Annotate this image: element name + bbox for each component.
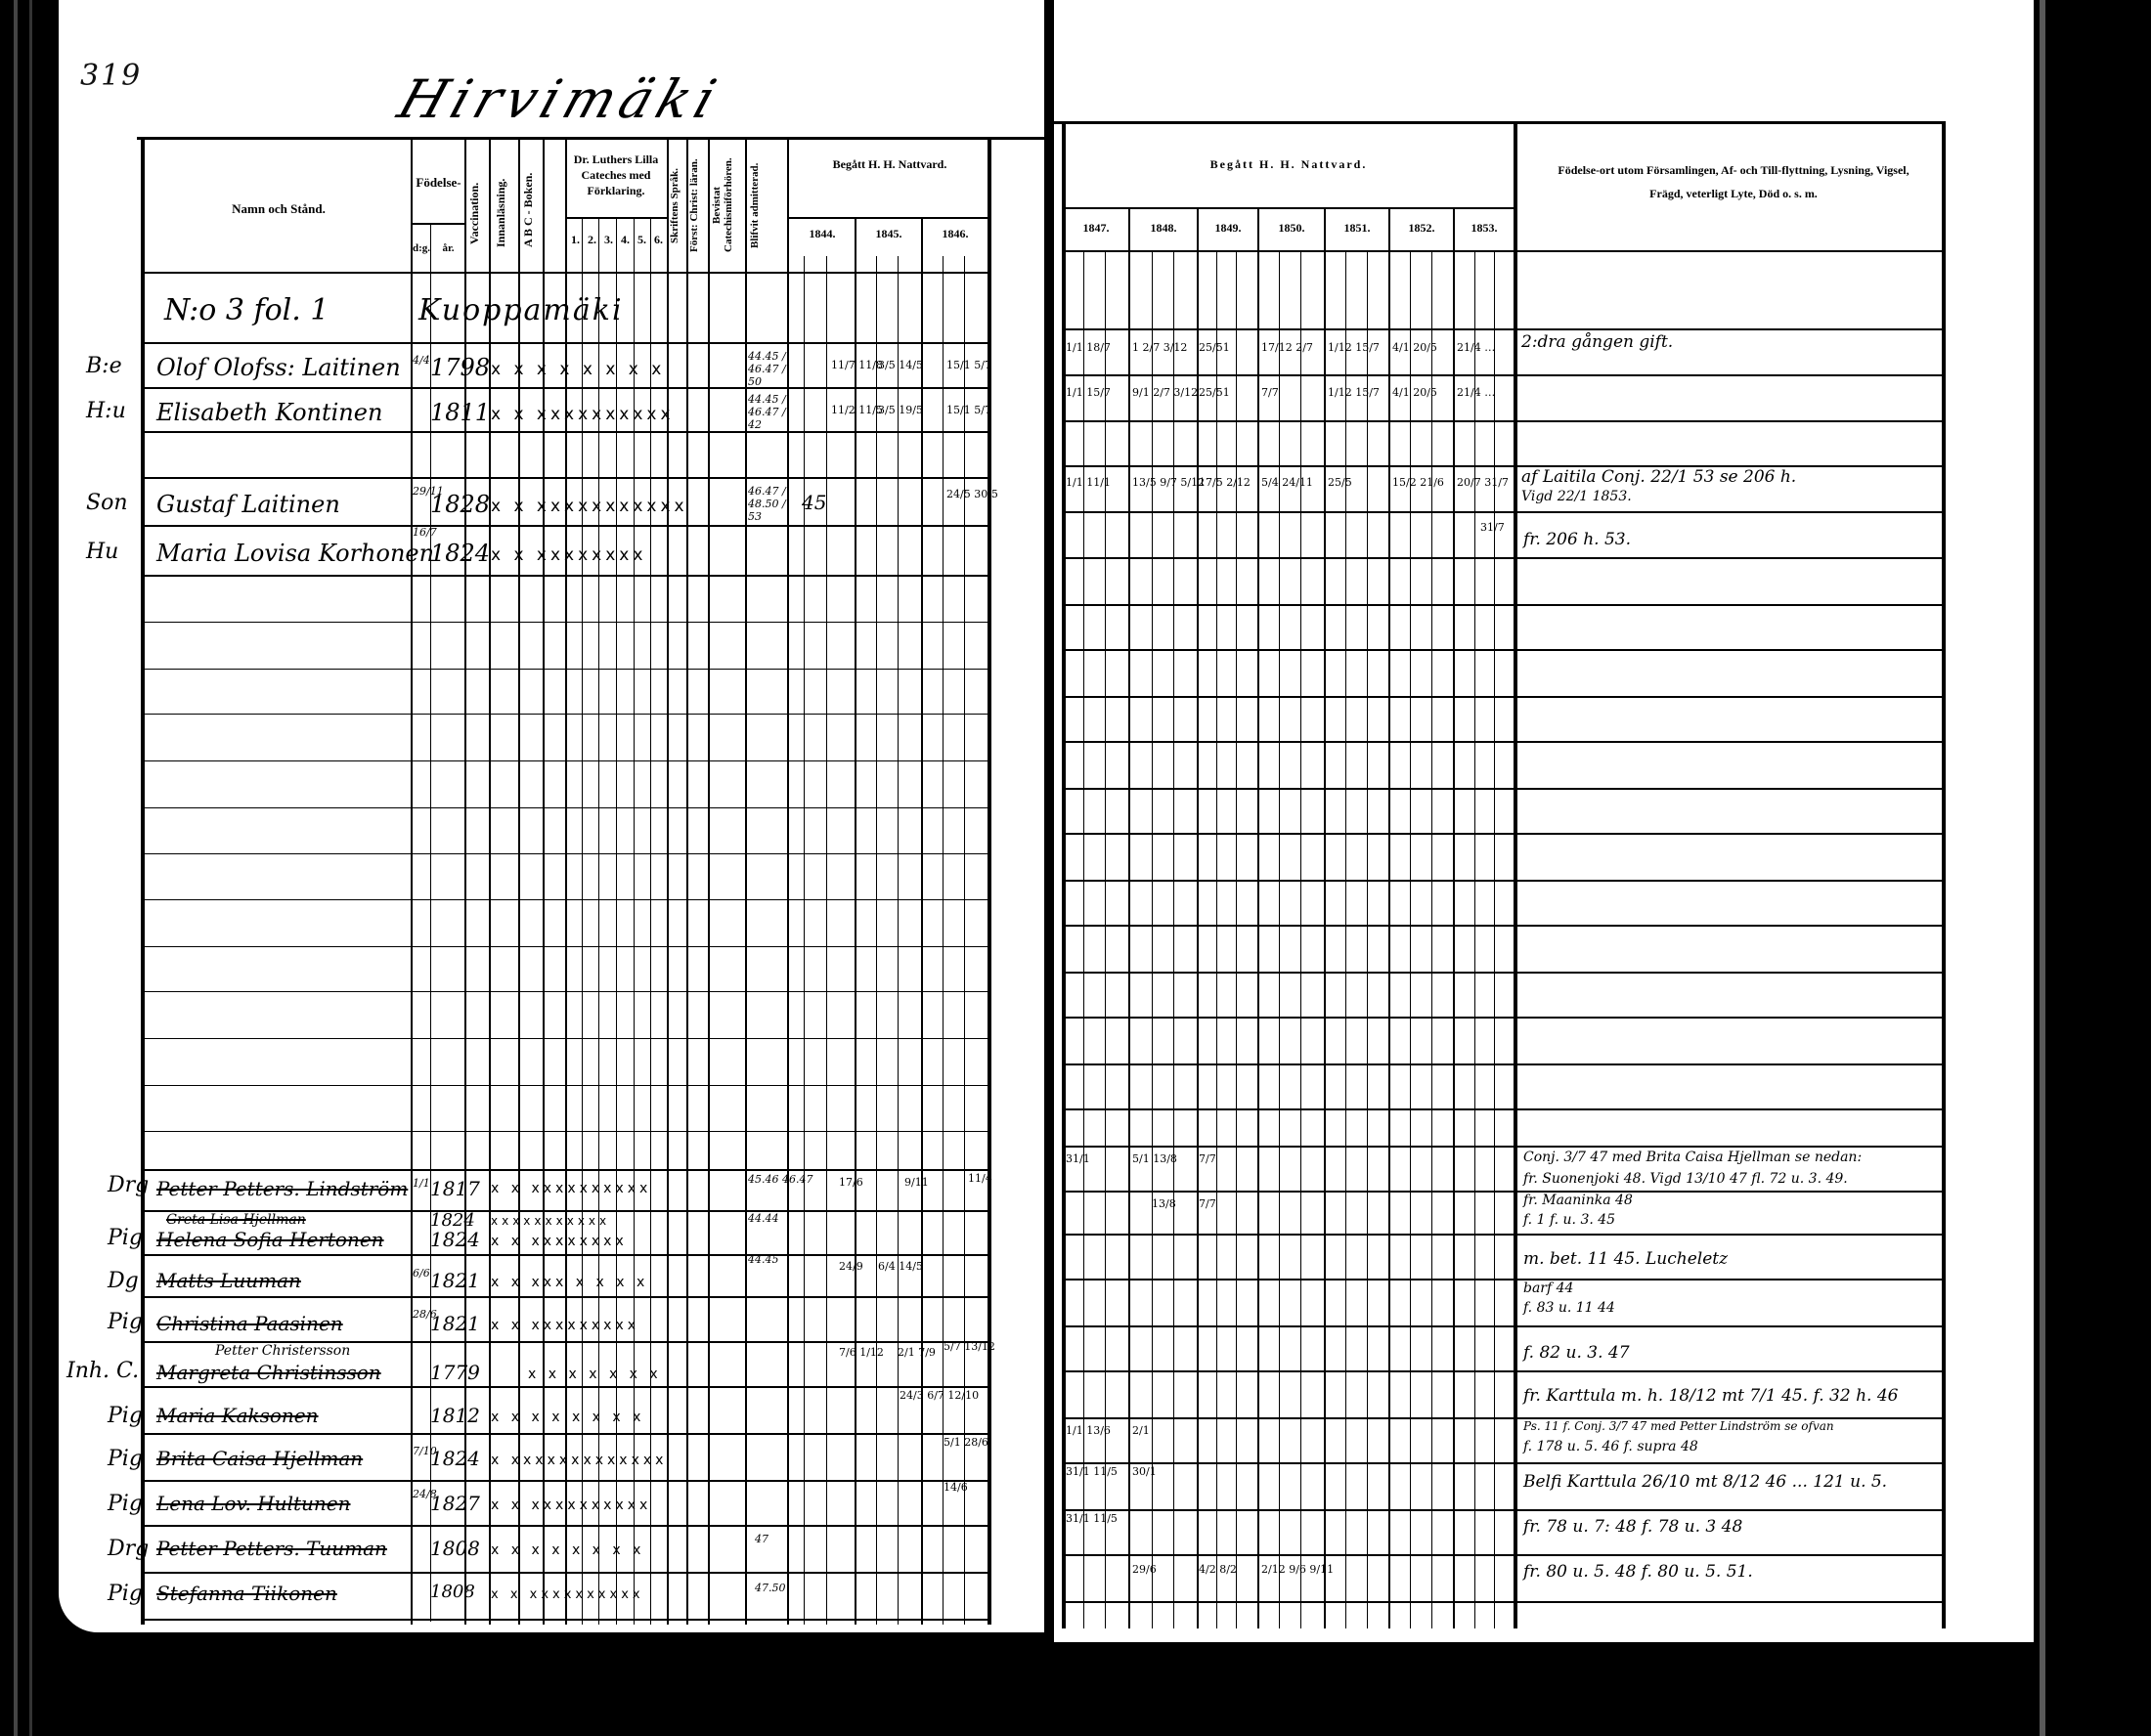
entry-communion-1847: 31/1 11/5 (1066, 1513, 1118, 1524)
entry-communion-1850: 17/12 2/7 (1261, 342, 1313, 353)
header-communion-right: Begått H. H. Nattvard. (1064, 156, 1514, 172)
entry-birth-year: 1828 (430, 491, 490, 518)
entry-remark: f. 83 u. 11 44 (1523, 1300, 1615, 1316)
entry-communion-1848: 29/6 (1132, 1564, 1157, 1575)
row-line (1062, 420, 1942, 422)
entry-communion-1845: 2/1 7/9 (898, 1347, 936, 1358)
header-divider (565, 217, 667, 219)
column-divider (1152, 250, 1153, 1628)
entry-birth-year: 1821 (430, 1269, 480, 1292)
entry-name: Greta Lisa Hjellman (166, 1212, 306, 1228)
entry-communion-1849: 25/51 (1199, 342, 1230, 353)
row-line (141, 1433, 988, 1435)
column-divider (1216, 250, 1217, 1628)
row-line (141, 1386, 988, 1388)
column-divider (1345, 250, 1346, 1628)
header-luther-part-1: 1. (567, 233, 584, 247)
row-line (1062, 1509, 1942, 1511)
table-top-border (1054, 121, 1946, 124)
entry-communion-1847: 1/1 18/7 (1066, 342, 1111, 353)
household-label: N:o 3 fol. 1 (164, 293, 329, 327)
entry-remark: fr. 78 u. 7: 48 f. 78 u. 3 48 (1523, 1517, 1742, 1537)
row-line (141, 1296, 988, 1298)
entry-communion-1846: 11/4 (968, 1173, 992, 1184)
row-line (1062, 833, 1942, 835)
entry-role: Pig (108, 1492, 143, 1516)
row-line (1062, 511, 1942, 513)
entry-name: Brita Caisa Hjellman (156, 1447, 363, 1470)
entry-birth-year: 1812 (430, 1404, 480, 1427)
row-line (1062, 1017, 1942, 1019)
header-year-1853: 1853. (1455, 221, 1514, 236)
row-line (1062, 328, 1942, 330)
row-line (1062, 1108, 1942, 1110)
header-forst-christ: Först: Christ: läran. (688, 147, 706, 264)
row-line (141, 946, 988, 947)
entry-birth-year: 1824 (430, 1228, 480, 1251)
header-bottom-border (1062, 250, 1942, 252)
entry-role: B:e (86, 354, 122, 378)
entry-reading-marks: x x xxx x x x x (491, 1275, 648, 1290)
book-edge-line (14, 0, 18, 1736)
entry-name: Stefanna Tiikonen (156, 1582, 337, 1605)
row-line (141, 1085, 988, 1086)
row-line (1062, 788, 1942, 790)
row-line (1062, 1325, 1942, 1327)
entry-catechism-attendance: 46.47 / 48.50 / 53 (748, 485, 787, 523)
household-farm: Kuoppamäki (418, 293, 624, 327)
entry-remark: fr. 206 h. 53. (1523, 530, 1631, 549)
entry-communion-1847: 31/1 (1066, 1153, 1090, 1164)
header-divider (411, 223, 464, 225)
column-divider (921, 217, 923, 1625)
page-number: 319 (80, 59, 142, 93)
entry-communion-1848: 30/1 (1132, 1466, 1157, 1477)
row-line (1062, 1370, 1942, 1372)
column-divider (686, 139, 688, 1625)
entry-reading-marks: x x xxxxxxxxxx (491, 405, 675, 424)
header-bevistat: Bevistat Catechismiförhören. (711, 142, 744, 269)
entry-catechism-attendance: 44.45 / 46.47 / 50 (748, 350, 787, 388)
entry-birth-year: 1827 (430, 1492, 480, 1515)
entry-communion-1851: 1/12 15/7 (1328, 342, 1380, 353)
entry-role: Pig (108, 1310, 143, 1334)
village-title: Hirvimäki (391, 68, 729, 130)
row-line (1062, 880, 1942, 882)
row-line (141, 1038, 988, 1039)
header-year-1845: 1845. (856, 227, 921, 241)
header-communion-left: Begått H. H. Nattvard. (812, 156, 968, 172)
entry-name: Petter Petters. Lindström (156, 1177, 408, 1200)
row-line (1062, 1191, 1942, 1193)
row-line (1062, 1063, 1942, 1065)
header-luther-part-6: 6. (650, 233, 667, 247)
header-skriftens-sprak: Skriftens Språk. (669, 147, 686, 264)
entry-reading-marks: x x x x x x x x (491, 1410, 644, 1425)
row-line (141, 342, 988, 344)
column-divider (826, 256, 827, 1625)
row-line (141, 807, 988, 808)
entry-communion-1848: 2/1 (1132, 1425, 1150, 1436)
header-name-column: Namn och Stånd. (147, 200, 411, 218)
column-divider (787, 139, 789, 1625)
entry-reading-marks: x x x x x x x x (491, 360, 665, 379)
entry-role: Son (86, 491, 128, 515)
entry-communion-1853: 21/4 … (1457, 342, 1495, 353)
entry-communion-1844: 24/9 (839, 1261, 863, 1272)
entry-communion-1845: 3/5 19/5 (878, 405, 923, 415)
entry-communion-1851: 25/5 (1328, 477, 1352, 488)
entry-name: Elisabeth Kontinen (156, 399, 382, 426)
entry-role: Drg (108, 1537, 149, 1561)
entry-catechism-attendance: 44.45 (748, 1253, 779, 1266)
entry-birth-year: 1817 (430, 1177, 480, 1200)
row-line (141, 1169, 988, 1171)
entry-communion-1845: 3/5 14/5 (878, 360, 923, 370)
header-year-1849: 1849. (1199, 221, 1257, 236)
entry-birth-year: 1808 (430, 1582, 475, 1602)
entry-communion-1846: 14/6 (944, 1482, 968, 1493)
entry-communion-1852: 4/1 20/5 (1392, 387, 1437, 398)
row-line (141, 431, 988, 433)
entry-remark: fr. Suonenjoki 48. Vigd 13/10 47 fl. 72 … (1523, 1171, 1848, 1187)
entry-remark: m. bet. 11 45. Lucheletz (1523, 1249, 1728, 1269)
row-line (141, 714, 988, 715)
row-line (1062, 1554, 1942, 1556)
entry-reading-marks: x x xxxxxxxxxx (491, 1587, 644, 1602)
row-line (1062, 741, 1942, 743)
row-line (141, 1131, 988, 1132)
scanned-register-image: 319 Hirvimäki (0, 0, 2151, 1736)
entry-communion-1846: 15/1 5/7 (946, 405, 991, 415)
entry-communion-1845: 24/3 6/7 12/10 (900, 1390, 979, 1401)
entry-name-annotation: Petter Christersson (215, 1343, 350, 1359)
column-divider (804, 256, 805, 1625)
row-line (141, 853, 988, 854)
entry-role: Pig (108, 1447, 143, 1471)
row-line (1062, 1279, 1942, 1280)
column-divider (667, 139, 669, 1625)
entry-remark: Conj. 3/7 47 med Brita Caisa Hjellman se… (1523, 1150, 1862, 1165)
book-edge-line (29, 0, 32, 1736)
header-birth: Födelse- (413, 174, 464, 192)
header-bottom-border (141, 272, 988, 274)
entry-birth-year: 1824 (430, 1447, 480, 1470)
header-year-1846: 1846. (923, 227, 988, 241)
entry-communion-1847: 1/1 15/7 (1066, 387, 1111, 398)
entry-communion-1851: 1/12 15/7 (1328, 387, 1380, 398)
entry-birth-year: 1779 (430, 1361, 480, 1384)
header-year-1852: 1852. (1390, 221, 1453, 236)
row-line (141, 1572, 988, 1574)
entry-communion-1850: 5/4 24/11 (1261, 477, 1313, 488)
row-line (1062, 1234, 1942, 1236)
entry-communion-1848: 13/8 (1152, 1198, 1176, 1209)
header-innanlasning: Innanläsning. (494, 164, 513, 262)
entry-birth-day: 16/7 (413, 526, 437, 539)
entry-communion-1850: 2/12 9/6 9/11 (1261, 1564, 1334, 1575)
column-divider (1279, 250, 1280, 1628)
entry-communion-1845: 6/4 14/5 (878, 1261, 923, 1272)
row-line (1062, 374, 1942, 376)
entry-birth-year: 1824 (430, 540, 490, 567)
entry-reading-marks: x x xxxxxxxx (491, 1234, 628, 1249)
entry-communion-1844: 11/2 11/5 (831, 405, 883, 415)
header-year-1847: 1847. (1064, 221, 1128, 236)
entry-communion-1848: 5/1 13/8 (1132, 1153, 1177, 1164)
entry-catechism-attendance: 47.50 (755, 1582, 786, 1594)
entry-remark: f. 178 u. 5. 46 f. supra 48 (1523, 1439, 1698, 1454)
table-left-border (141, 139, 145, 1625)
entry-communion-1852: 15/2 21/6 (1392, 477, 1444, 488)
header-birth-year: år. (432, 242, 464, 254)
header-luther-part-3: 3. (600, 233, 617, 247)
entry-reading-marks: xxxxxxxxxxx (491, 1214, 610, 1228)
entry-communion-1848: 1 2/7 3/12 (1132, 342, 1187, 353)
row-line (141, 991, 988, 992)
row-line (1062, 696, 1942, 698)
table-top-border (137, 137, 1054, 140)
row-line (141, 622, 988, 623)
header-remarks: Födelse-ort utom Församlingen, Af- och T… (1543, 158, 1924, 205)
row-line (1062, 465, 1942, 467)
entry-role: Dg (108, 1269, 139, 1293)
column-divider (708, 139, 710, 1625)
entry-name: Olof Olofss: Laitinen (156, 354, 401, 381)
header-divider (787, 217, 988, 219)
column-divider (855, 217, 856, 1625)
entry-communion-1853: 31/7 (1480, 522, 1505, 533)
column-divider (1494, 250, 1495, 1628)
entry-remark: fr. 80 u. 5. 48 f. 80 u. 5. 51. (1523, 1562, 1753, 1582)
column-divider (1410, 250, 1411, 1628)
entry-role: Hu (86, 540, 118, 564)
header-birth-day: d:g. (413, 242, 430, 254)
row-line (1062, 1462, 1942, 1464)
table-right-border (1942, 123, 1946, 1628)
header-year-1848: 1848. (1130, 221, 1197, 236)
entry-communion-1849: 25/51 (1199, 387, 1230, 398)
entry-communion-1849: 17/5 2/12 (1199, 477, 1251, 488)
communion-remarks-divider (1514, 123, 1517, 1628)
entry-communion-1849: 7/7 (1199, 1153, 1216, 1164)
entry-communion-1847: 1/1 13/6 (1066, 1425, 1111, 1436)
entry-birth-day: 6/6 (413, 1267, 430, 1280)
entry-catechism-attendance: 45.46 46.47 (748, 1173, 812, 1186)
entry-communion-1852: 4/1 20/5 (1392, 342, 1437, 353)
entry-remark: fr. Karttula m. h. 18/12 mt 7/1 45. f. 3… (1523, 1386, 1898, 1406)
entry-name: Helena Sofia Hertonen (156, 1228, 384, 1251)
header-luther-part-4: 4. (617, 233, 634, 247)
header-abc-boken: A B C - Boken. (521, 156, 541, 264)
entry-name: Lena Lov. Hultunen (156, 1492, 350, 1515)
entry-reading-marks: x x xxxxxxxxxx (491, 1181, 651, 1196)
column-divider (876, 256, 877, 1625)
entry-birth-day: 1/1 (413, 1177, 430, 1190)
row-line (1062, 557, 1942, 559)
entry-name: Maria Kaksonen (156, 1404, 319, 1427)
entry-name: Maria Lovisa Korhonen (156, 540, 434, 567)
entry-communion-1850: 7/7 (1261, 387, 1279, 398)
header-luther-part-5: 5. (634, 233, 650, 247)
entry-role: Pig (108, 1582, 143, 1606)
entry-communion-1849: 7/7 (1199, 1198, 1216, 1209)
entry-communion-1853: 20/7 31/7 (1457, 477, 1509, 488)
header-luther-part-2: 2. (584, 233, 600, 247)
entry-admitted: 45 (802, 491, 826, 514)
entry-catechism-attendance: 44.45 / 46.47 / 42 (748, 393, 787, 431)
header-year-1844: 1844. (790, 227, 855, 241)
row-line (141, 1254, 988, 1256)
right-page: Begått H. H. Nattvard. 1847. 1848. 1849.… (1054, 0, 2034, 1642)
row-line (141, 1525, 988, 1527)
entry-role: Pig (108, 1226, 143, 1250)
header-luther-catechism: Dr. Luthers Lilla Cateches med Förklarin… (567, 152, 665, 199)
entry-remark: fr. Maaninka 48 (1523, 1193, 1633, 1208)
entry-reading-marks: x x xxxxxxxxxxx (491, 497, 688, 516)
row-line (1062, 604, 1942, 606)
entry-communion-1846: 5/1 28/6 (944, 1437, 988, 1448)
entry-remark: f. 82 u. 3. 47 (1523, 1343, 1630, 1363)
entry-role: Pig (108, 1404, 143, 1428)
header-year-1851: 1851. (1326, 221, 1388, 236)
entry-catechism-attendance: 47 (755, 1533, 768, 1545)
entry-birth-year: 1811 (430, 399, 490, 426)
row-line (1062, 1601, 1942, 1603)
entry-reading-marks: x xxxxxxxxxxxxx (491, 1453, 667, 1468)
entry-remark: af Laitila Conj. 22/1 53 se 206 h. (1521, 467, 1796, 487)
column-divider (943, 256, 944, 1625)
entry-catechism-attendance: 44.44 (748, 1212, 779, 1225)
entry-role: Drg (108, 1173, 149, 1197)
entry-birth-day: 4/4 (413, 354, 430, 367)
row-line (141, 669, 988, 670)
column-divider (1300, 250, 1301, 1628)
entry-communion-1846: 24/5 30/5 (946, 489, 998, 499)
column-divider (1105, 250, 1106, 1628)
entry-name: Matts Luuman (156, 1269, 301, 1292)
column-divider (1083, 250, 1084, 1628)
entry-name: Margreta Christinsson (156, 1361, 381, 1384)
entry-birth-year: 1798 (430, 354, 490, 381)
entry-reading-marks: x x x x x x x x (491, 1542, 644, 1558)
column-divider (650, 217, 651, 1625)
entry-reading-marks: x x x x x x x (528, 1367, 662, 1382)
column-divider (1474, 250, 1475, 1628)
row-line (141, 760, 988, 761)
entry-birth-year: 1808 (430, 1537, 480, 1560)
row-line (141, 575, 988, 577)
header-year-1850: 1850. (1259, 221, 1324, 236)
entry-name: Christina Paasinen (156, 1312, 343, 1335)
entry-reading-marks: x x xxxxxxxx (491, 545, 646, 565)
entry-communion-1848: 13/5 9/7 5/12 (1132, 477, 1205, 488)
entry-communion-1846: 15/1 5/7 (946, 360, 991, 370)
row-line (141, 477, 988, 479)
row-line (141, 899, 988, 900)
column-divider (898, 256, 899, 1625)
column-divider (1236, 250, 1237, 1628)
header-blifvit: Blifvit admitterad. (749, 142, 784, 269)
entry-role: Inh. C. (66, 1359, 139, 1383)
row-line (1062, 925, 1942, 927)
entry-communion-1845: 9/11 (904, 1177, 929, 1188)
entry-communion-1844: 11/7 11/8 (831, 360, 883, 370)
entry-remark: barf 44 (1523, 1280, 1573, 1296)
row-line (141, 1619, 988, 1621)
entry-role: H:u (86, 399, 126, 423)
entry-communion-1847: 31/1 11/5 (1066, 1466, 1118, 1477)
book-edge-shadow (2034, 0, 2151, 1736)
left-page: 319 Hirvimäki (59, 0, 1054, 1632)
entry-name: Gustaf Laitinen (156, 491, 340, 518)
column-divider (1367, 250, 1368, 1628)
entry-communion-1846: 5/7 13/12 (944, 1341, 995, 1352)
row-line (141, 1480, 988, 1482)
column-divider (964, 256, 965, 1625)
row-line (1062, 972, 1942, 974)
entry-remark: Vigd 22/1 1853. (1521, 489, 1632, 504)
column-divider (1431, 250, 1432, 1628)
row-line (141, 387, 988, 389)
entry-communion-1847: 1/1 11/1 (1066, 477, 1111, 488)
entry-reading-marks: x x xxxxxxxxx (491, 1318, 639, 1333)
entry-communion-1844: 17/6 (839, 1177, 863, 1188)
entry-reading-marks: x x xxxxxxxxxx (491, 1497, 651, 1513)
entry-communion-1848: 9/1 2/7 3/12 (1132, 387, 1198, 398)
entry-communion-1849: 4/2 8/2 (1199, 1564, 1237, 1575)
column-divider (1173, 250, 1174, 1628)
entry-name: Petter Petters. Tuuman (156, 1537, 387, 1560)
row-line (1062, 649, 1942, 651)
entry-remark: Ps. 11 f. Conj. 3/7 47 med Petter Lindst… (1523, 1419, 1834, 1433)
row-line (141, 525, 988, 527)
entry-birth-year: 1821 (430, 1312, 480, 1335)
entry-remark: f. 1 f. u. 3. 45 (1523, 1212, 1615, 1228)
row-line (1062, 1146, 1942, 1148)
header-vaccination: Vaccination. (467, 164, 487, 262)
entry-remark: Belfi Karttula 26/10 mt 8/12 46 ... 121 … (1523, 1472, 1887, 1492)
entry-communion-1853: 21/4 … (1457, 387, 1495, 398)
column-divider (745, 139, 747, 1625)
entry-communion-1844: 7/6 1/12 (839, 1347, 884, 1358)
entry-remark: 2:dra gången gift. (1521, 332, 1673, 352)
